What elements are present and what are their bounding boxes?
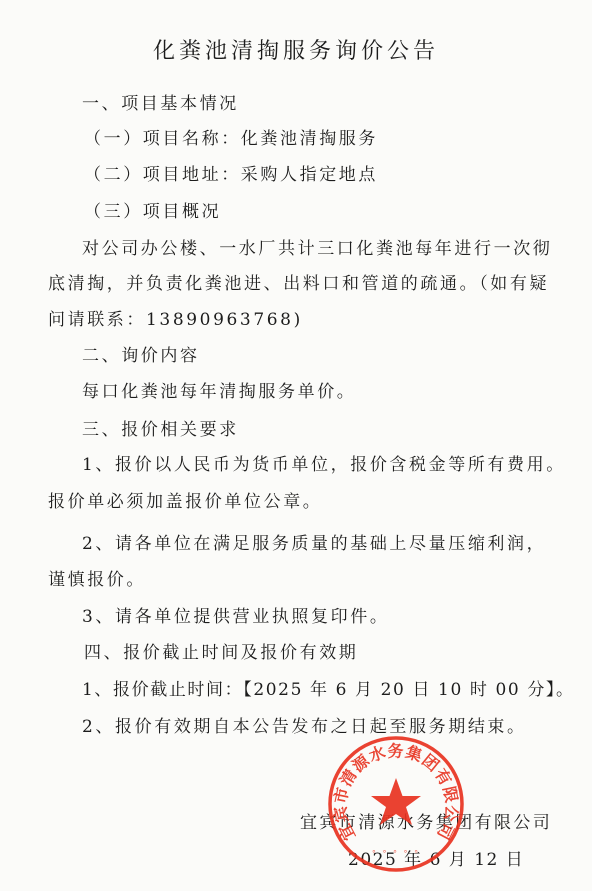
official-seal: 宜宾市清源水务集团有限公司 ° ° ° ° °: [326, 734, 466, 874]
requirement-1-line-1: 1、报价以人民币为货币单位，报价含税金等所有费用。: [82, 454, 566, 476]
project-overview-heading: （三）项目概况: [84, 201, 221, 223]
project-address: （二）项目地址：采购人指定地点: [84, 164, 378, 186]
section-1-heading: 一、项目基本情况: [82, 93, 239, 115]
deadline: 1、报价截止时间：【2025 年 6 月 20 日 10 时 00 分】。: [82, 679, 575, 701]
requirement-1-line-2: 报价单必须加盖报价单位公章。: [48, 491, 322, 513]
requirement-2-line-2: 谨慎报价。: [48, 569, 146, 591]
section-4-heading: 四、报价截止时间及报价有效期: [84, 642, 358, 664]
overview-line-1: 对公司办公楼、一水厂共计三口化粪池每年进行一次彻: [82, 238, 552, 260]
section-2-heading: 二、询价内容: [82, 345, 200, 367]
project-name: （一）项目名称：化粪池清掏服务: [84, 128, 378, 150]
document-title: 化粪池清掏服务询价公告: [0, 38, 592, 66]
overview-line-3: 问请联系：13890963768): [48, 309, 303, 331]
inquiry-content: 每口化粪池每年清掏服务单价。: [82, 381, 356, 403]
requirement-3: 3、请各单位提供营业执照复印件。: [82, 606, 389, 628]
star-icon: [371, 778, 421, 825]
overview-line-2: 底清掏，并负责化粪池进、出料口和管道的疏通。（如有疑: [48, 273, 549, 295]
svg-text:° ° ° ° °: ° ° ° ° °: [372, 849, 420, 858]
section-3-heading: 三、报价相关要求: [82, 419, 239, 441]
requirement-2-line-1: 2、请各单位在满足服务质量的基础上尽量压缩利润，: [82, 533, 546, 555]
